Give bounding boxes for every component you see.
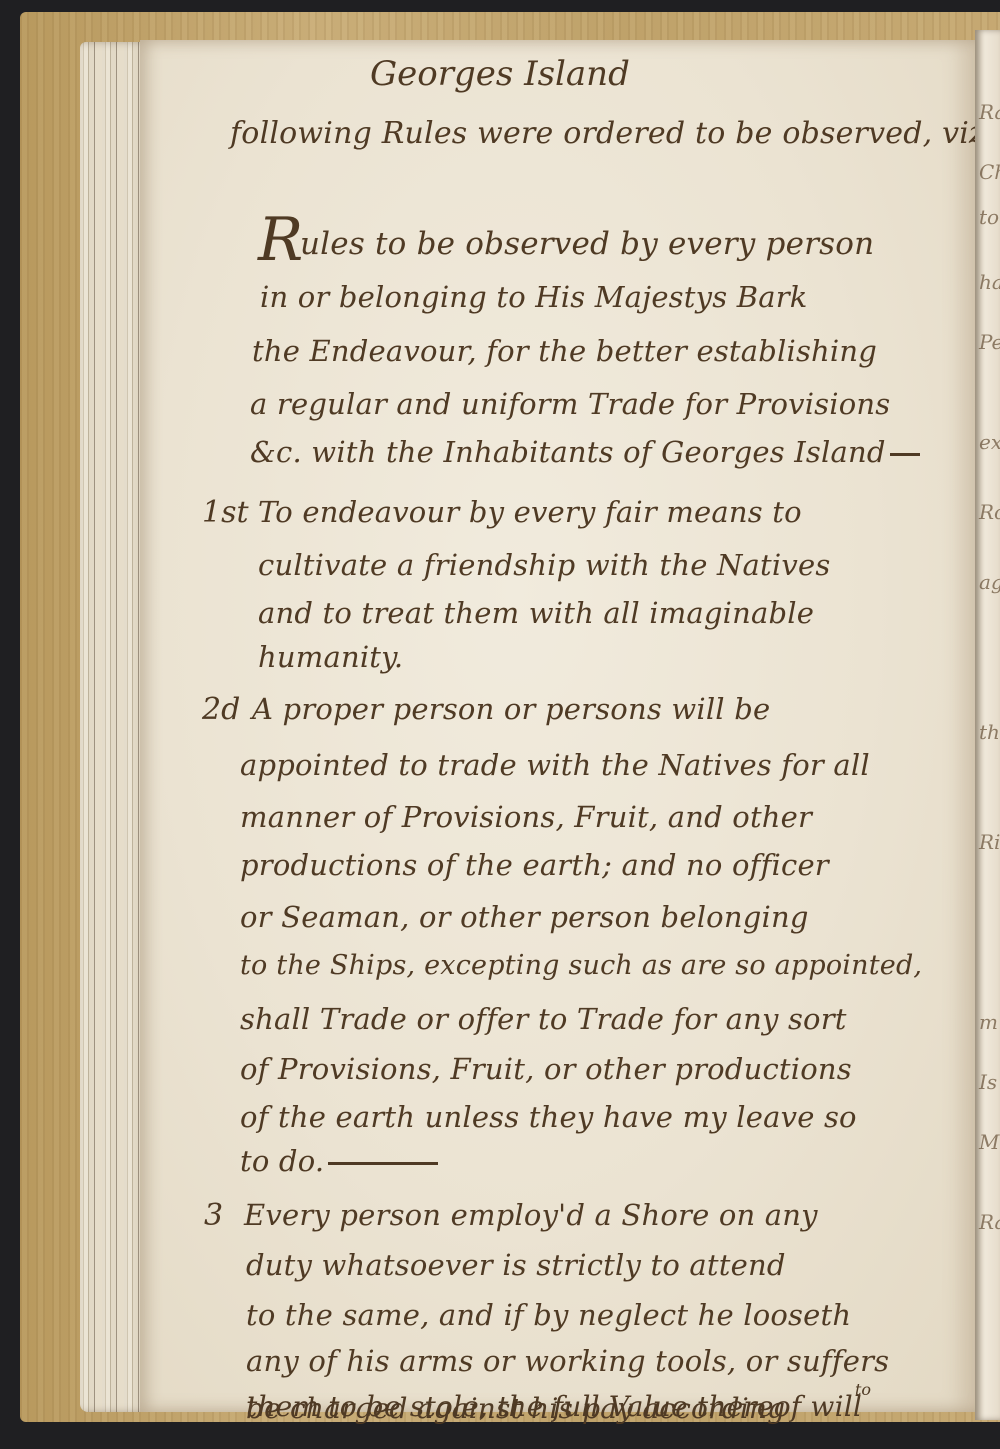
- rule-line: duty whatsoever is strictly to attend: [246, 1248, 786, 1282]
- facing-fragment: Ra: [979, 1210, 1000, 1234]
- facing-fragment: ha: [979, 270, 1000, 294]
- facing-fragment: m: [979, 1010, 998, 1034]
- preamble-line: in or belonging to His Majestys Bark: [260, 280, 808, 314]
- facing-fragment: Ch: [979, 160, 1000, 184]
- rule-line: humanity.: [258, 640, 403, 674]
- rule-number: 1st: [202, 495, 249, 530]
- rule-line: Every person employ'd a Shore on any: [244, 1198, 818, 1232]
- preamble-line: the Endeavour, for the better establishi…: [252, 334, 877, 368]
- rule-line: manner of Provisions, Fruit, and other: [240, 800, 812, 834]
- rule-number: 3: [204, 1198, 223, 1233]
- catchword: to: [855, 1380, 871, 1399]
- rule-line-text: to do.: [240, 1144, 324, 1178]
- rule-number: 2d: [202, 692, 240, 727]
- line-filler: [890, 453, 920, 456]
- facing-fragment: ex: [979, 430, 1000, 454]
- facing-fragment: Ma: [979, 1130, 1000, 1154]
- facing-fragment: Pe: [979, 330, 1000, 354]
- preamble-line: &c. with the Inhabitants of Georges Isla…: [250, 435, 920, 469]
- preamble-line: a regular and uniform Trade for Provisio…: [250, 387, 890, 421]
- rule-line: A proper person or persons will be: [252, 692, 770, 726]
- rule-line: and to treat them with all imaginable: [258, 596, 814, 630]
- facing-fragment: th: [979, 720, 1000, 744]
- rule-line: of the earth unless they have my leave s…: [240, 1100, 857, 1134]
- rule-line: of Provisions, Fruit, or other productio…: [240, 1052, 852, 1086]
- rule-line: shall Trade or offer to Trade for any so…: [240, 1002, 847, 1036]
- rule-line: any of his arms or working tools, or suf…: [246, 1344, 889, 1378]
- facing-page-edge: Ra Ch to ha Pe ex Ro ag th Ri m Is Ma Ra: [975, 30, 1000, 1420]
- facing-fragment: ag: [979, 570, 1000, 594]
- rule-line: or Seaman, or other person belonging: [240, 900, 809, 934]
- line-filler: [328, 1162, 438, 1165]
- facing-fragment: Ro: [979, 500, 1000, 524]
- rule-line: productions of the earth; and no officer: [240, 848, 829, 882]
- facing-fragment: Ra: [979, 100, 1000, 124]
- intro-line: following Rules were ordered to be obser…: [230, 116, 985, 151]
- rule-line: to do.: [240, 1144, 438, 1178]
- page-heading: Georges Island: [370, 54, 630, 94]
- rule-line: To endeavour by every fair means to: [258, 495, 802, 529]
- rule-line: be charged against his pay according: [246, 1392, 785, 1425]
- rule-line: cultivate a friendship with the Natives: [258, 548, 830, 582]
- rule-line: appointed to trade with the Natives for …: [240, 748, 870, 782]
- facing-fragment: Ri: [979, 830, 1000, 854]
- rule-line: to the same, and if by neglect he looset…: [246, 1298, 851, 1332]
- rule-line: to the Ships, excepting such as are so a…: [240, 950, 922, 981]
- facing-fragment: Is: [979, 1070, 997, 1094]
- preamble-initial: R: [258, 210, 303, 270]
- facing-fragment: to: [979, 205, 999, 229]
- manuscript-page: Georges Island following Rules were orde…: [140, 40, 975, 1412]
- preamble-line: ules to be observed by every person: [300, 226, 874, 262]
- preamble-line-text: &c. with the Inhabitants of Georges Isla…: [250, 435, 886, 469]
